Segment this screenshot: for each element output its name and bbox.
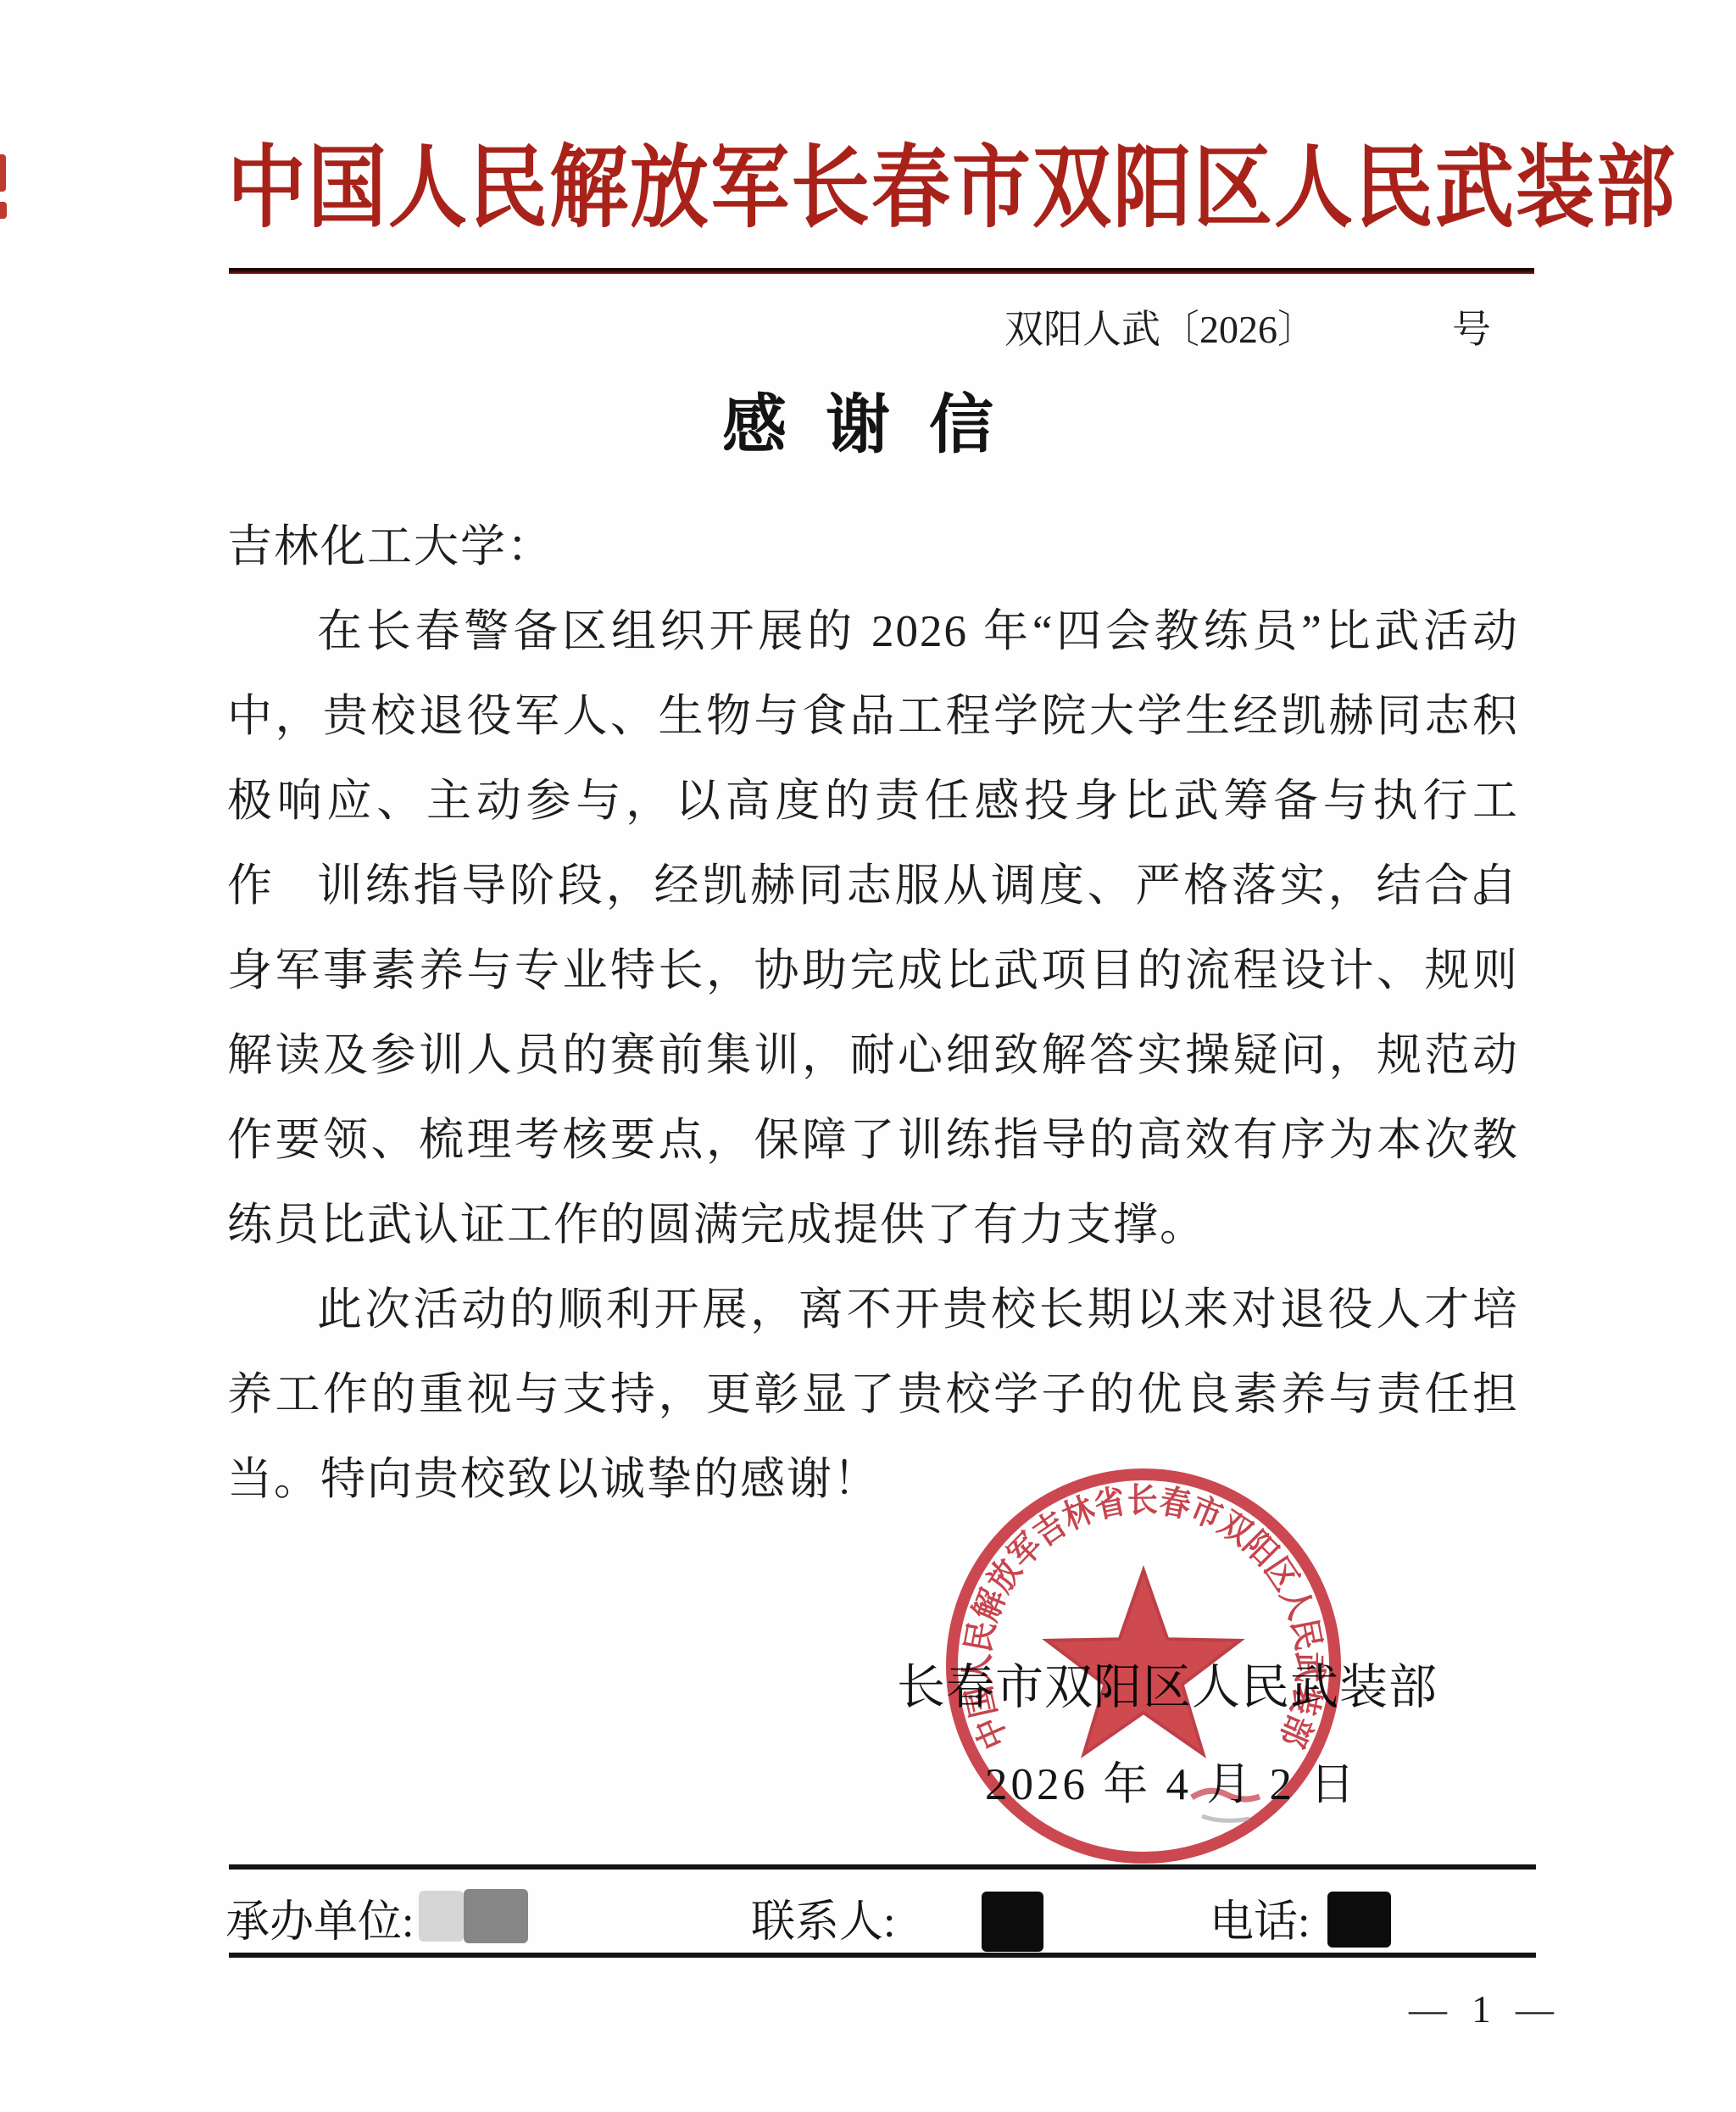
organizer-redaction-light xyxy=(419,1891,464,1942)
body-line: 在长春警备区组织开展的 2026 年“四会教练员”比武活动 xyxy=(227,589,1519,674)
body-line: 此次活动的顺利开展，离不开贵校长期以来对退役人才培 xyxy=(227,1268,1519,1352)
body-line: 养工作的重视与支持，更彰显了贵校学子的优良素养与责任担 xyxy=(227,1352,1519,1437)
letterhead-divider xyxy=(229,268,1534,274)
body-line: 中，贵校退役军人、生物与食品工程学院大学生经凯赫同志积 xyxy=(227,674,1519,759)
organizer-label: 承办单位: xyxy=(225,1886,414,1949)
body-line: 解读及参训人员的赛前集训，耐心细致解答实操疑问，规范动 xyxy=(227,1013,1519,1098)
document-number-suffix: 号 xyxy=(1452,308,1491,351)
scanned-letter-page: 中国人民解放军长春市双阳区人民武装部 双阳人武〔2026〕号 感谢信 吉林化工大… xyxy=(0,0,1736,2112)
signature-org: 长春市双阳区人民武装部 xyxy=(897,1648,1438,1718)
phone-redaction xyxy=(1327,1892,1391,1948)
salutation: 吉林化工大学： xyxy=(227,504,1519,589)
scan-artifact xyxy=(0,202,7,219)
document-number-text: 双阳人武〔2026〕 xyxy=(1004,308,1316,351)
body-line: 身军事素养与专业特长，协助完成比武项目的流程设计、规则 xyxy=(227,928,1519,1013)
body-line: 当。特向贵校致以诚挚的感谢！ xyxy=(227,1437,1519,1522)
footer-top-rule xyxy=(229,1864,1536,1870)
document-number: 双阳人武〔2026〕号 xyxy=(1004,298,1491,354)
page-number: — 1 — xyxy=(1409,1987,1561,2031)
seal-serial-smudge xyxy=(1202,1816,1249,1820)
body-line: 极响应、主动参与，以高度的责任感投身比武筹备与执行工作。 xyxy=(227,759,1519,844)
organizer-redaction-dark xyxy=(464,1889,528,1943)
footer-bottom-rule xyxy=(229,1953,1536,1958)
signature-date: 2026 年 4 月 2 日 xyxy=(985,1748,1358,1813)
phone-label: 电话: xyxy=(1210,1886,1310,1949)
scan-artifact xyxy=(0,154,6,192)
letter-title: 感谢信 xyxy=(722,373,1032,465)
body-line: 训练指导阶段，经凯赫同志服从调度、严格落实，结合自 xyxy=(227,844,1519,928)
contact-redaction xyxy=(982,1892,1043,1952)
body-line: 练员比武认证工作的圆满完成提供了有力支撑。 xyxy=(227,1183,1519,1268)
contact-label: 联系人: xyxy=(751,1886,895,1949)
letterhead-org-title: 中国人民解放军长春市双阳区人民武装部 xyxy=(227,115,1529,245)
body-line: 作要领、梳理考核要点，保障了训练指导的高效有序为本次教 xyxy=(227,1098,1519,1183)
